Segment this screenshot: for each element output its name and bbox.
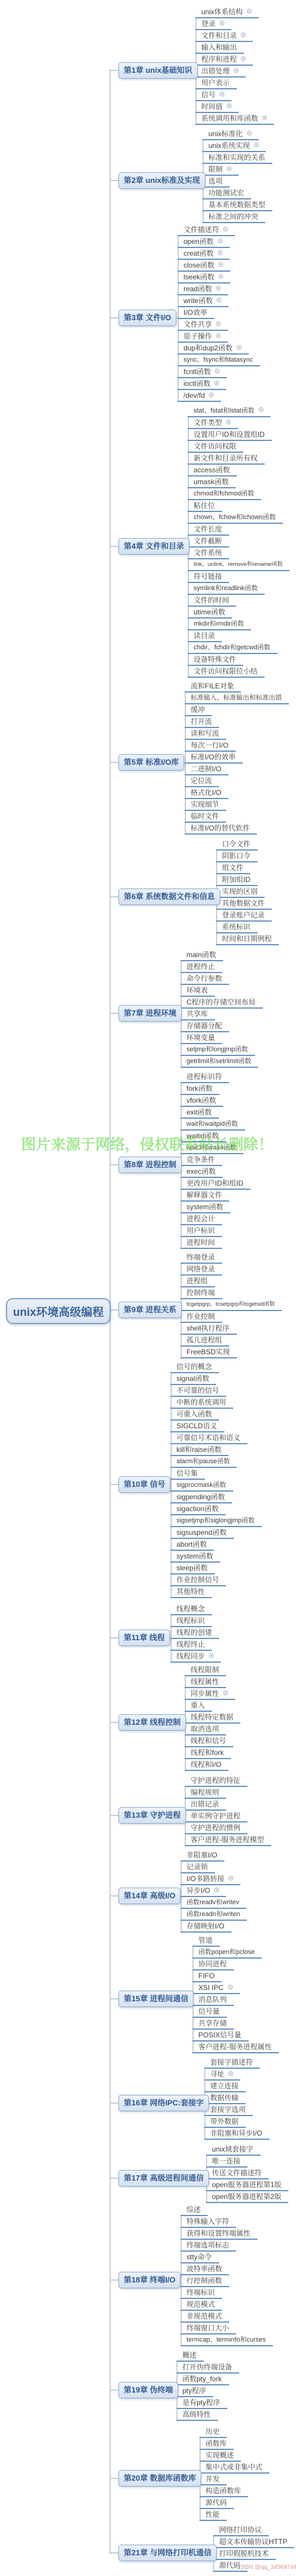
expand-icon[interactable] [262, 115, 267, 120]
topic-node[interactable]: C程序的存储空间布局 [181, 997, 263, 1009]
topic-node[interactable]: 波特率函数 [181, 2264, 229, 2275]
topic-node[interactable]: 读目录 [188, 631, 222, 642]
topic-node[interactable]: shell执行程序 [181, 1324, 237, 1335]
topic-node[interactable]: 中断的系统调用 [170, 1398, 233, 1409]
topic-node[interactable]: wait和waitpid函数 [181, 1119, 245, 1131]
topic-node[interactable]: 环境表 [181, 986, 215, 997]
topic-node[interactable]: 实现细节 [185, 800, 226, 811]
topic-label: 打开伪终端设备 [182, 2363, 232, 2371]
topic-node[interactable]: 进程时间 [181, 1238, 222, 1249]
topic-node[interactable]: 守护进程的惯例 [185, 1823, 247, 1834]
topic-node[interactable]: 客户进程-服务进程属性 [192, 2042, 279, 2053]
topic-node[interactable]: 可重入函数 [170, 1409, 219, 1421]
topic-node[interactable]: XSI IPC [192, 1983, 240, 1994]
topic-node[interactable]: 进程会计 [181, 1214, 222, 1225]
expand-icon[interactable] [247, 9, 252, 14]
topic-node[interactable]: 记录锁 [181, 1862, 215, 1873]
expand-icon[interactable] [218, 274, 223, 279]
topic-node[interactable]: signal函数 [170, 1374, 216, 1385]
topic-node[interactable]: 取消选项 [185, 1724, 226, 1735]
topic-node[interactable]: 非阻塞和异步I/O [204, 2129, 269, 2140]
chapter-node-4[interactable]: 第4章 文件和目录 [118, 538, 189, 555]
chapter-node-14[interactable]: 第14章 高级I/O [118, 1888, 181, 1904]
topic-label: 程序和进程 [201, 55, 237, 63]
topic-node[interactable]: 文件长度 [188, 524, 229, 536]
topic-node[interactable]: 标准之间的冲突 [202, 212, 265, 223]
topic-node[interactable]: sleep函数 [170, 1563, 215, 1574]
topic-node[interactable]: 函数popen和pclose [192, 1947, 262, 1959]
topic-node[interactable]: 性能 [200, 2510, 227, 2521]
chapter-node-18[interactable]: 第18章 终端I/O [118, 2272, 181, 2288]
topic-node[interactable]: read函数 [178, 284, 228, 295]
topic-node[interactable]: 规范模式 [181, 2300, 222, 2311]
topic-node[interactable]: open服务器进程第2版 [206, 2192, 288, 2203]
topic-node[interactable]: creat函数 [178, 249, 230, 260]
topic-node[interactable]: 线程特定数据 [185, 1712, 240, 1724]
topic-node[interactable]: 超文本传输协议HTTP [213, 2537, 294, 2548]
chapter-node-15[interactable]: 第15章 进程间通信 [118, 1991, 194, 2007]
topic-node[interactable]: /dev/fd [178, 391, 221, 402]
topic-node[interactable]: 时间值 [195, 102, 239, 113]
topic-node[interactable]: 线程终止 [170, 1640, 212, 1651]
topic-node[interactable]: 行控制函数 [181, 2276, 229, 2287]
topic-node[interactable]: 文件截断 [188, 536, 229, 548]
expand-icon[interactable] [216, 286, 221, 291]
topic-node[interactable]: 同步属性 [185, 1689, 235, 1700]
topic-label: sigaction函数 [176, 1505, 218, 1513]
topic-node[interactable]: POSIX信号量 [192, 2030, 249, 2042]
topic-node[interactable]: sigsetjmp和siglongjmp函数 [170, 1516, 262, 1527]
topic-node[interactable]: stat、fstat和lstat函数 [188, 406, 271, 417]
topic-node[interactable]: vfork函数 [181, 1096, 223, 1107]
topic-label: 时间值 [201, 102, 223, 111]
topic-node[interactable]: 进程标识符 [181, 1072, 229, 1083]
expand-icon[interactable] [214, 381, 219, 385]
topic-node[interactable]: 出错处理 [195, 66, 246, 78]
chapter-node-2[interactable]: 第2章 unix标准及实现 [118, 172, 205, 189]
expand-icon[interactable] [214, 1888, 219, 1892]
topic-node[interactable]: fcntl函数 [178, 367, 227, 378]
expand-icon[interactable] [247, 131, 252, 136]
topic-node[interactable]: getrlimit和setrlimit函数 [181, 1057, 258, 1068]
topic-label: 不可靠的信号 [176, 1386, 219, 1395]
chapter-node-11[interactable]: 第11章 线程 [118, 1630, 170, 1646]
topic-node[interactable]: 进程组 [181, 1276, 215, 1287]
topic-node[interactable]: 文件访问权限 [188, 442, 243, 453]
topic-node[interactable]: 其他特性 [170, 1587, 212, 1598]
expand-icon[interactable] [229, 1876, 233, 1881]
topic-node[interactable]: kill和raise函数 [170, 1445, 229, 1456]
root-topic-node[interactable]: unix环境高级编程 [6, 1298, 111, 1324]
topic-node[interactable]: termcap、terminfo和curses [181, 2335, 273, 2346]
topic-node[interactable]: unix域套接字 [206, 2144, 260, 2156]
topic-label: chown、fchow和lchown函数 [194, 514, 276, 521]
topic-node[interactable]: exit函数 [181, 1107, 219, 1119]
topic-node[interactable]: 打开伪终端设备 [176, 2362, 239, 2374]
chapter-node-8[interactable]: 第8章 进程控制 [118, 1157, 182, 1173]
topic-node[interactable]: 特殊输入字符 [181, 2217, 236, 2228]
topic-node[interactable]: symlink和readlink函数 [188, 584, 265, 595]
topic-node[interactable]: 格式化I/O [185, 788, 229, 799]
expand-icon[interactable] [218, 262, 223, 267]
expand-icon[interactable] [216, 333, 221, 338]
topic-node[interactable]: 选项 [202, 176, 230, 188]
topic-label: 函数pty_fork [182, 2375, 222, 2383]
topic-label: chdir、fchdir和getcwd函数 [194, 644, 271, 651]
topic-label: open服务器进程第2版 [212, 2192, 281, 2201]
topic-node[interactable]: sync、fsync和fdatasync [178, 355, 260, 366]
chapter-node-19[interactable]: 第19章 伪终端 [118, 2382, 178, 2398]
topic-node[interactable]: 带外数据 [204, 2117, 246, 2128]
expand-icon[interactable] [223, 227, 228, 231]
topic-node[interactable]: 作业控制 [181, 1312, 222, 1323]
topic-label: 获得和设置终端属性 [186, 2229, 250, 2237]
watermark-text: 图片来源于网络，侵权联系站长删除！ [21, 1133, 273, 1154]
topic-node[interactable]: I/O效率 [178, 308, 214, 319]
topic-node[interactable]: 终端登录 [181, 1252, 222, 1264]
expand-icon[interactable] [215, 369, 220, 373]
topic-node[interactable]: FIFO [192, 1971, 221, 1982]
topic-node[interactable]: 控制终端 [181, 1288, 222, 1299]
topic-node[interactable]: close函数 [178, 260, 230, 272]
topic-node[interactable]: 进程终止 [181, 962, 222, 973]
topic-node[interactable]: abort函数 [170, 1540, 214, 1551]
topic-label: 组文件 [222, 864, 243, 872]
topic-node[interactable]: 实现的区别 [216, 887, 265, 898]
topic-node[interactable]: 出错记录 [185, 1799, 226, 1811]
topic-node[interactable]: 管道 [192, 1936, 220, 1947]
topic-node[interactable]: 线程的创建 [170, 1628, 219, 1639]
topic-label: 登录账户记录 [222, 911, 265, 919]
topic-node[interactable]: unix系统实现 [202, 141, 266, 152]
expand-icon[interactable] [227, 166, 231, 171]
topic-node[interactable]: pty程序 [176, 2386, 213, 2397]
topic-node[interactable]: mkdir和rmdir函数 [188, 619, 251, 630]
topic-node[interactable]: 临时文件 [185, 812, 226, 823]
topic-label: 守护进程的惯例 [191, 1824, 240, 1832]
topic-node[interactable]: 寻址 [204, 2069, 240, 2081]
expand-icon[interactable] [234, 68, 239, 73]
topic-node[interactable]: 环境变量 [181, 1033, 222, 1044]
chapter-node-12[interactable]: 第12章 线程控制 [118, 1714, 186, 1731]
topic-node[interactable]: 定位流 [185, 776, 219, 787]
topic-node[interactable]: 构造函数库 [200, 2486, 248, 2497]
topic-node[interactable]: 存储器分配 [181, 1021, 229, 1032]
expand-icon[interactable] [254, 143, 259, 147]
topic-node[interactable]: system函数 [170, 1551, 220, 1563]
topic-node[interactable]: 文件和目录 [195, 31, 253, 42]
topic-node[interactable]: 孤儿进程组 [181, 1335, 229, 1347]
topic-node[interactable]: sigprocmask函数 [170, 1480, 233, 1492]
topic-node[interactable]: open服务器进程第1版 [206, 2180, 288, 2191]
topic-node[interactable]: 登录账户记录 [216, 910, 272, 922]
topic-node[interactable]: 集中式或非集中式 [200, 2462, 269, 2474]
topic-node[interactable]: 口令文件 [216, 839, 258, 851]
topic-label: 控制终端 [186, 1289, 215, 1297]
topic-node[interactable]: 信号量 [192, 2007, 227, 2018]
topic-node[interactable]: 协同进程 [192, 1959, 234, 1970]
topic-node[interactable]: link、unlink、remove和rename函数 [188, 560, 289, 571]
topic-label: I/O多路转接 [186, 1875, 224, 1883]
topic-node[interactable]: 竞争条件 [181, 1155, 222, 1166]
topic-node[interactable]: SIGCLD语义 [170, 1421, 224, 1432]
topic-node[interactable]: unix标准化 [202, 129, 259, 140]
topic-node[interactable]: 基本系统数据类型 [202, 200, 272, 211]
topic-label: XSI IPC [198, 1983, 224, 1992]
topic-node[interactable]: 原子操作 [178, 331, 228, 343]
topic-node[interactable]: stty命令 [181, 2252, 219, 2263]
topic-node[interactable]: 线程同步 [170, 1651, 221, 1663]
chapter-node-16[interactable]: 第16章 网络IPC:套接字 [118, 2095, 209, 2111]
topic-node[interactable]: 程序和进程 [195, 54, 253, 66]
topic-node[interactable]: 设置用户ID和设置组ID [188, 430, 272, 441]
topic-node[interactable]: chmod和fchmod函数 [188, 489, 261, 500]
chapter-node-9[interactable]: 第9章 进程关系 [118, 1302, 182, 1318]
expand-icon[interactable] [209, 392, 214, 397]
expand-icon[interactable] [227, 104, 231, 108]
topic-label: ioctl函数 [184, 379, 210, 388]
topic-node[interactable]: 套接字描述符 [204, 2057, 260, 2069]
topic-node[interactable]: 文件描述符 [178, 225, 235, 236]
topic-node[interactable]: 系统调用和库函数 [195, 114, 274, 125]
topic-node[interactable]: open函数 [178, 237, 230, 248]
topic-label: 构造函数库 [205, 2487, 241, 2495]
topic-node[interactable]: 标准和实现的关系 [202, 153, 272, 164]
topic-node[interactable]: 登录 [195, 19, 231, 30]
topic-node[interactable]: tcgetpgrp、tcsetpgrp和tcgetsid函数 [181, 1300, 282, 1311]
expand-icon[interactable] [228, 1985, 233, 1989]
topic-label: 存储器分配 [186, 1022, 222, 1030]
expand-icon[interactable] [218, 250, 223, 255]
topic-node[interactable]: lseek函数 [178, 272, 230, 284]
chapter-node-3[interactable]: 第3章 文件I/O [118, 310, 176, 326]
expand-icon[interactable] [241, 33, 246, 37]
topic-node[interactable]: umask函数 [188, 477, 236, 488]
topic-label: 出错处理 [201, 67, 230, 75]
topic-node[interactable]: 打印假脱机技术 [213, 2549, 276, 2560]
topic-node[interactable]: 用户标识 [181, 1226, 222, 1237]
topic-node[interactable]: 打开流 [185, 717, 219, 728]
topic-node[interactable]: 终端选项标志 [181, 2240, 236, 2252]
topic-node[interactable]: 缓冲 [185, 705, 212, 716]
topic-node[interactable]: write函数 [178, 296, 229, 307]
topic-label: 竞争条件 [186, 1155, 215, 1164]
topic-node[interactable]: 线程标识 [170, 1616, 212, 1627]
topic-node[interactable]: 历史 [200, 2427, 227, 2438]
topic-node[interactable]: 用户表示 [195, 78, 237, 89]
topic-node[interactable]: chdir、fchdir和getcwd函数 [188, 643, 278, 654]
topic-node[interactable]: 每次一行I/O [185, 740, 236, 752]
topic-node[interactable]: 函数readv和writev [181, 1898, 246, 1909]
chapter-node-10[interactable]: 第10章 信号 [118, 1476, 170, 1493]
topic-node[interactable]: 高级特性 [176, 2410, 218, 2421]
topic-node[interactable]: 网络登录 [181, 1264, 222, 1276]
topic-node[interactable]: 系统标识 [216, 922, 258, 933]
topic-node[interactable]: 二进制I/O [185, 764, 229, 775]
topic-node[interactable]: 线程和fork [185, 1748, 231, 1759]
topic-node[interactable]: 异步I/O [181, 1886, 226, 1897]
topic-node[interactable]: 线程概念 [170, 1604, 212, 1615]
topic-label: fork函数 [186, 1084, 213, 1093]
topic-node[interactable]: FreeBSD实现 [181, 1347, 237, 1358]
topic-node[interactable]: utime函数 [188, 607, 232, 619]
topic-node[interactable]: 函数pty_fork [176, 2374, 229, 2385]
expand-icon[interactable] [220, 21, 224, 25]
topic-node[interactable]: 客户进程-服务进程模型 [185, 1835, 271, 1846]
topic-node[interactable]: 消息队列 [192, 1995, 234, 2006]
topic-node[interactable]: I/O多路转接 [181, 1874, 240, 1885]
topic-label: chmod和fchmod函数 [194, 490, 254, 497]
topic-node[interactable]: alarm和pause函数 [170, 1457, 237, 1468]
topic-node[interactable]: 符号链接 [188, 572, 229, 583]
topic-node[interactable]: 其他数据文件 [216, 899, 272, 910]
topic-node[interactable]: 共享库 [181, 1009, 215, 1020]
expand-icon[interactable] [229, 2071, 233, 2076]
topic-node[interactable]: 命令行参数 [181, 974, 229, 985]
topic-label: 网络打印协议 [219, 2526, 262, 2534]
topic-node[interactable]: 可靠信号术语和语义 [170, 1433, 247, 1444]
topic-node[interactable]: 线程限制 [185, 1665, 226, 1676]
topic-node[interactable]: 套接字选项 [204, 2105, 253, 2116]
topic-node[interactable]: 重入 [185, 1701, 212, 1712]
topic-node[interactable]: sigaction函数 [170, 1504, 226, 1515]
topic-node[interactable]: 解释器文件 [181, 1190, 229, 1202]
topic-node[interactable]: 作业控制信号 [170, 1575, 226, 1586]
topic-node[interactable]: ioctl函数 [178, 379, 226, 390]
topic-node[interactable]: 功能测试宏 [202, 188, 251, 199]
chapter-node-6[interactable]: 第6章 系统数据文件和信息 [118, 888, 220, 905]
topic-node[interactable]: 更改用户ID和组ID [181, 1178, 250, 1190]
topic-node[interactable]: 实现概述 [200, 2451, 241, 2462]
topic-node[interactable]: 读和写流 [185, 729, 226, 740]
topic-label: system函数 [186, 1203, 223, 1211]
topic-node[interactable]: exec函数 [181, 1167, 223, 1178]
expand-icon[interactable] [241, 56, 246, 61]
topic-node[interactable]: 终端标识 [181, 2288, 222, 2299]
topic-node[interactable]: 粘住位 [188, 501, 222, 512]
topic-node[interactable]: 阴影口令 [216, 851, 258, 862]
topic-label: 高级特性 [182, 2410, 211, 2419]
expand-icon[interactable] [217, 298, 221, 302]
topic-node[interactable]: 综述 [181, 2205, 208, 2216]
topic-label: 标准之间的冲突 [208, 212, 258, 221]
topic-node[interactable]: 非规范模式 [181, 2311, 229, 2323]
topic-node[interactable]: chown、fchow和lchown函数 [188, 513, 283, 524]
topic-node[interactable]: 文件系统 [188, 548, 229, 559]
topic-node[interactable]: 文件共享 [178, 320, 228, 331]
topic-node[interactable]: 线程和信号 [185, 1736, 233, 1747]
topic-node[interactable]: system函数 [181, 1202, 230, 1213]
expand-icon[interactable] [216, 321, 221, 326]
topic-node[interactable]: 网络打印协议 [213, 2525, 269, 2536]
topic-node[interactable]: 共享存储 [192, 2018, 234, 2030]
topic-node[interactable]: 附加组ID [216, 875, 258, 886]
topic-node[interactable]: 文件的时间 [188, 595, 236, 607]
topic-node[interactable]: 输入和输出 [195, 43, 244, 54]
topic-node[interactable]: 存储映射I/O [181, 1921, 231, 1933]
topic-node[interactable]: 并发 [200, 2474, 227, 2485]
topic-node[interactable]: main函数 [181, 950, 223, 961]
expand-icon[interactable] [237, 345, 242, 350]
topic-label: close函数 [184, 261, 214, 269]
expand-icon[interactable] [220, 92, 224, 96]
topic-node[interactable]: 概述 [176, 2350, 204, 2362]
chapter-node-17[interactable]: 第17章 高级进程间通信 [118, 2170, 209, 2187]
topic-node[interactable]: 守护进程的特征 [185, 1776, 247, 1787]
topic-label: unix标准化 [208, 130, 243, 138]
expand-icon[interactable] [259, 407, 263, 412]
topic-node[interactable]: 设备特殊文件 [188, 655, 243, 666]
topic-label: 同步属性 [191, 1689, 219, 1698]
topic-node[interactable]: 线程属性 [185, 1677, 226, 1688]
topic-node[interactable]: 唯一连接 [206, 2156, 247, 2168]
expand-icon[interactable] [223, 1690, 228, 1695]
topic-node[interactable]: 源代码 [200, 2498, 234, 2509]
chapter-node-20[interactable]: 第20章 数据库函数库 [118, 2470, 201, 2487]
expand-icon[interactable] [218, 239, 223, 243]
topic-node[interactable]: 新文件和目录所有权 [188, 453, 265, 465]
topic-node[interactable]: 建立连接 [204, 2081, 246, 2092]
topic-label: 寻址 [210, 2070, 224, 2078]
topic-node[interactable]: 不可靠的信号 [170, 1386, 226, 1397]
topic-label: 线程特定数据 [191, 1713, 233, 1721]
topic-node[interactable]: 时间和日期例程 [216, 934, 279, 945]
topic-node[interactable]: 限制 [202, 165, 239, 176]
topic-node[interactable]: 函数readn和writen [181, 1910, 247, 1921]
topic-node[interactable]: unix体系结构 [195, 7, 259, 18]
topic-label: stty命令 [186, 2253, 212, 2261]
expand-icon[interactable] [209, 1653, 214, 1658]
chapter-node-1[interactable]: 第1章 unix基础知识 [118, 62, 198, 79]
chapter-node-13[interactable]: 第13章 守护进程 [118, 1807, 186, 1824]
topic-node[interactable]: 标准I/O的效率 [185, 752, 243, 764]
topic-node[interactable]: 获得和设置终端属性 [181, 2229, 258, 2240]
topic-node[interactable]: 组文件 [216, 863, 250, 874]
topic-node[interactable]: 文件访问权限位小结 [188, 666, 265, 678]
topic-label: 线程和fork [191, 1749, 224, 1757]
topic-node[interactable]: access函数 [188, 465, 237, 476]
topic-node[interactable]: sigpending函数 [170, 1492, 232, 1503]
expand-icon[interactable] [226, 420, 231, 424]
topic-node[interactable]: 信号 [195, 90, 231, 101]
topic-node[interactable]: 编程规则 [185, 1788, 226, 1799]
topic-node[interactable]: 文件类型 [188, 418, 238, 429]
topic-node[interactable]: sigsuspend函数 [170, 1528, 234, 1539]
chapter-node-21[interactable]: 第21章 与网络打印机通信 [118, 2545, 217, 2561]
topic-node[interactable]: 数据传输 [204, 2093, 246, 2104]
topic-node[interactable]: 标准I/O的替代软件 [185, 823, 257, 835]
topic-node[interactable]: dup和dup2函数 [178, 343, 249, 355]
topic-node[interactable]: 信号集 [170, 1469, 205, 1480]
topic-label: umask函数 [194, 478, 229, 486]
topic-node[interactable]: 流和FILE对象 [185, 681, 241, 693]
topic-node[interactable]: 函数库 [200, 2439, 234, 2450]
chapter-node-7[interactable]: 第7章 进程环境 [118, 1005, 182, 1022]
chapter-node-5[interactable]: 第5章 标准I/O库 [118, 754, 184, 771]
topic-node[interactable]: 线程和I/O [185, 1760, 229, 1771]
topic-node[interactable]: 信号的概念 [170, 1362, 219, 1373]
topic-node[interactable]: 终端窗口大小 [181, 2323, 236, 2334]
topic-label: 格式化I/O [191, 788, 221, 797]
topic-node[interactable]: 传送文件描述符 [206, 2168, 269, 2179]
topic-node[interactable]: 标准输入、标准输出和标准出错 [185, 693, 289, 704]
topic-node[interactable]: 非阻塞I/O [181, 1850, 224, 1862]
topic-label: 终端窗口大小 [186, 2324, 229, 2332]
topic-node[interactable]: 是有pty程序 [176, 2398, 227, 2409]
topic-node[interactable]: 单实例守护进程 [185, 1811, 247, 1822]
topic-node[interactable]: setjmp和longjmp函数 [181, 1045, 255, 1056]
topic-node[interactable]: fork函数 [181, 1084, 220, 1095]
